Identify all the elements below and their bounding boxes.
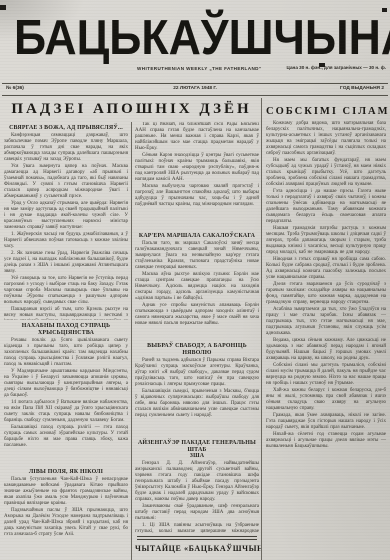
rule-top [2,83,388,84]
body-paragraph: Нашыя грамадзкія патрэбы растуць з кожны… [266,226,386,256]
body-paragraph: Бальшавіцкі паход супраць рэлігіі — гэта… [4,425,128,449]
main-headline: ПАДЗЕІ АПОШНІХ ДЗЁН [2,101,261,118]
body-paragraph: Падзвычайныя паслы ў ЗША прызнаюцца, што… [4,508,128,538]
body-paragraph: Асабліва зьвяртаемся да тых, хто ўжо ўла… [266,307,386,337]
section-kravchenko: ВЫБРАЎ СВАБОДУ, А БАРОНІЦЬ НЯВОЛЮ Раней … [135,340,259,437]
body-paragraph: Пашыраныя вэрсіі аб тым, што Крэмль рыхт… [4,307,128,320]
body-paragraph: Ніводная з гэтых справаў ня зробіцца сам… [266,257,386,281]
body-paragraph: Рэчавы поклік да ўсяго цывілізаванага сь… [4,338,128,368]
edition-year: ГОД ВЫДАНЬНЯ 2 [340,86,384,91]
body-paragraph: Няхай-жа сёлетні год станецца годам агул… [266,432,386,450]
section-title: СВЯРГАЕ З ВОЖА, АД ПРЫВЯСЛЯЎ... [4,125,128,132]
column-1: СВЯРГАЕ З ВОЖА, АД ПРЫВЯСЛЯЎ... Канфэрэн… [2,122,132,560]
section-norway: СВЯРГАЕ З ВОЖА, АД ПРЫВЯСЛЯЎ... Канфэрэн… [4,122,128,320]
promo-rule [137,536,257,540]
weekly-subtitle: WHITERUTHENIAN WEEKLY „THE FATHERLAND“ [137,66,262,71]
body-paragraph: Бальшавіцкія сьведкі, прывезеныя з Маскв… [135,389,259,419]
body-paragraph: 2. Як зазначае гэны ўрад, Нарвегія ўважл… [4,251,128,275]
body-paragraph: 1. Ці ЗША павінны асыгноўваць на ўзбраен… [135,523,259,533]
body-paragraph: Канфэрэнцыя сямнаццаці дзяржаваў, што за… [4,133,128,163]
body-paragraph: Масква яўна рыхтуе вялікую гульню: Бэрлі… [135,272,259,302]
left-section: ПАДЗЕІ АПОШНІХ ДЗЁН СВЯРГАЕ З ВОЖА, АД П… [2,98,262,560]
section-christianity: НАХАБНЫ ПАХОД СУПРАЦЬ ХРЫСЬЦІЯНСТВА Рэча… [4,320,128,466]
issue-info-row: № 6(36) 22 ЛЮТАГА 1948 Г. ГОД ВЫДАНЬНЯ 2 [2,85,388,94]
body-paragraph: Дзеля гэтага зварачаемся да ўсіх суродзі… [266,282,386,306]
section-title-line2: ЗША [135,453,259,460]
section-title: АЙЗЕНГАЎЭР ПАКІДАЕ ГЕНЕРАЛЬНЫ ШТАБ [135,440,259,453]
section-eisenhower: АЙЗЕНГАЎЭР ПАКІДАЕ ГЕНЕРАЛЬНЫ ШТАБ ЗША Г… [135,437,259,533]
body-paragraph: Сёньня Карэя знаходзіцца ў цэнтры ўвагі … [135,153,259,183]
column-3: СОБСКІМІ СІЛАМІ Кожнаму добра вядома, шт… [262,98,388,560]
section-marshal: КАР'ЕРА МАРШАЛА САКАЛОЎСКАГА Пасьля таго… [135,230,259,340]
body-paragraph: У Мадзяршчыне арыштаваны кардынал Міндсэ… [4,369,128,399]
price-note: Цана 30 н. фэн., для загранічных — 30 н.… [286,65,386,70]
body-paragraph: Ведама, цяжка сёньня кожнаму. Але цяжкас… [266,338,386,362]
section-korea: Так ці йначай, на бліжэйшай сэсіі Рады Б… [135,122,259,230]
body-paragraph: Пасьля таго, як маршал Сакалоўскі заняў … [135,241,259,271]
body-paragraph: Собскімі сіламі мы дагэтуль трымаліся, с… [266,363,386,387]
body-paragraph: Урад у Осло адказаў стрымана, але цьвёрд… [4,201,128,231]
body-paragraph: Так ці йначай, на бліжэйшай сэсіі Рады Б… [135,122,259,152]
body-paragraph: Генэрал Д. Д. Айзенгаўэр, найвыдатнейшы … [135,461,259,503]
section-title: ЛІВЫ ПОЛЯ, ЯК НІКОЛІ [4,469,128,476]
body-paragraph: Усё гаворыць за тое, што Нарвегія не ўст… [4,276,128,306]
content-area: ПАДЗЕІ АПОШНІХ ДЗЁН СВЯРГАЕ З ВОЖА, АД П… [2,98,388,560]
body-paragraph: Гэта адносіцца і да нашае прэсы. Газэта … [266,189,386,225]
body-paragraph: Аднак усе спробы камуністых апанаваць Бэ… [135,303,259,327]
masthead: БАЦЬКАЎШЧЫНА WHITERUTHENIAN WEEKLY „THE … [0,0,390,80]
body-paragraph: Уся ўвага зьвернута цяпер на поўнач. Мас… [4,164,128,200]
newspaper-page: БАЦЬКАЎШЧЫНА WHITERUTHENIAN WEEKLY „THE … [0,0,390,560]
body-paragraph: 1. Жаўнерскія часьці ня будуць дэмабіліз… [4,232,128,250]
body-paragraph: Масква выбухнула чарговаю хваляй пратэст… [135,184,259,208]
body-paragraph: Кожнаму добра вядома, што матэрыяльная б… [266,121,386,157]
body-paragraph: 14 лютага адбылося ў Ватыкане вялікае на… [4,400,128,424]
body-paragraph: Ня маем мы багатых фундатараў, ня маем с… [266,158,386,188]
editorial-title: СОБСКІМІ СІЛАМІ [266,106,386,117]
section-china: ЛІВЫ ПОЛЯ, ЯК НІКОЛІ Пасьля ўступленьня … [4,466,128,560]
body-paragraph: Пасьля ўступленьня Чан-Кай-Шэка ў непаср… [4,477,128,507]
newspaper-title: БАЦЬКАЎШЧЫНА [1,10,372,65]
body-paragraph: Грамада, якая ўмее ахвяраваць, ніколі не… [266,413,386,431]
body-paragraph: Заканчваючы сваё ўрадаваньне, шэф генэра… [135,504,259,522]
column-2: Так ці йначай, на бліжэйшай сэсіі Рады Б… [132,122,261,560]
section-title: КАР'ЕРА МАРШАЛА САКАЛОЎСКАГА [135,233,259,240]
body-paragraph: Хай-жа кожны беларус і кожная беларуска,… [266,388,386,412]
rule-bottom [2,95,388,96]
issue-date: 22 ЛЮТАГА 1948 Г. [2,86,388,91]
section-title: ВЫБРАЎ СВАБОДУ, А БАРОНІЦЬ НЯВОЛЮ [135,343,259,356]
read-batskaushchyna-promo: ЧЫТАЙЦЕ «БАЦЬКАЎШЧЫНУ»! [135,544,259,553]
body-paragraph: Раней за тыдзень адбылася ў Парыжы справ… [135,358,259,388]
section-title: НАХАБНЫ ПАХОД СУПРАЦЬ ХРЫСЬЦІЯНСТВА [4,323,128,336]
